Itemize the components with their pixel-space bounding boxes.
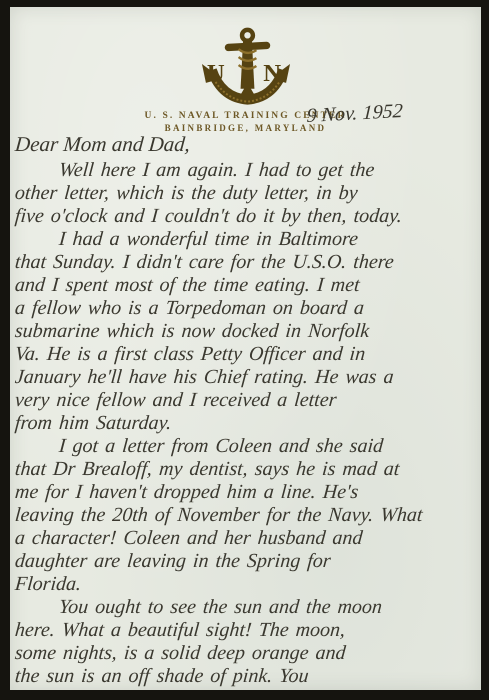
- handwriting-line: that Sunday. I didn't care for the U.S.O…: [14, 251, 481, 274]
- handwriting-line: You ought to see the sun and the moon: [14, 596, 481, 619]
- salutation: Dear Mom and Dad,: [14, 132, 191, 157]
- handwriting-line: other letter, which is the duty letter, …: [14, 182, 481, 205]
- handwriting-line: and I spent most of the time eating. I m…: [14, 274, 481, 297]
- handwriting-line: five o'clock and I couldn't do it by the…: [14, 205, 481, 228]
- handwriting-line: Florida.: [14, 573, 481, 596]
- handwriting-line: very nice fellow and I received a letter: [14, 389, 481, 412]
- handwriting-line: Va. He is a first class Petty Officer an…: [14, 343, 481, 366]
- handwriting-line: from him Saturday.: [14, 412, 481, 435]
- handwriting-line: leaving the 20th of November for the Nav…: [14, 504, 481, 527]
- handwriting-line: a character! Coleen and her husband and: [14, 527, 481, 550]
- handwriting-line: January he'll have his Chief rating. He …: [14, 366, 481, 389]
- usn-fouled-anchor-emblem-icon: U N: [199, 25, 293, 107]
- handwriting-line: Well here I am again. I had to get the: [14, 159, 481, 182]
- emblem-letter-n: N: [263, 60, 281, 87]
- handwriting-line: here. What a beautiful sight! The moon,: [14, 619, 481, 642]
- handwriting-line: I got a letter from Coleen and she said: [14, 435, 481, 458]
- scanned-letter: U N U. S. NAVAL TRAINING CENTER BAINBRID…: [0, 0, 489, 700]
- letter-paper: U N U. S. NAVAL TRAINING CENTER BAINBRID…: [10, 7, 481, 690]
- letterhead-org-line: U. S. NAVAL TRAINING CENTER: [10, 111, 481, 121]
- handwriting-line: daughter are leaving in the Spring for: [14, 550, 481, 573]
- handwriting-line: a fellow who is a Torpedoman on board a: [14, 297, 481, 320]
- handwriting-line: that Dr Brealoff, my dentist, says he is…: [14, 458, 481, 481]
- letterhead: U N U. S. NAVAL TRAINING CENTER BAINBRID…: [10, 25, 481, 133]
- handwriting-line: I had a wonderful time in Baltimore: [14, 228, 481, 251]
- letter-body: Well here I am again. I had to get theot…: [14, 159, 479, 688]
- emblem-letter-u: U: [206, 60, 224, 87]
- handwriting-line: me for I haven't dropped him a line. He'…: [14, 481, 481, 504]
- handwriting-line: submarine which is now docked in Norfolk: [14, 320, 481, 343]
- handwriting-line: the sun is an off shade of pink. You: [14, 665, 481, 688]
- handwriting-line: some nights, is a solid deep orange and: [14, 642, 481, 665]
